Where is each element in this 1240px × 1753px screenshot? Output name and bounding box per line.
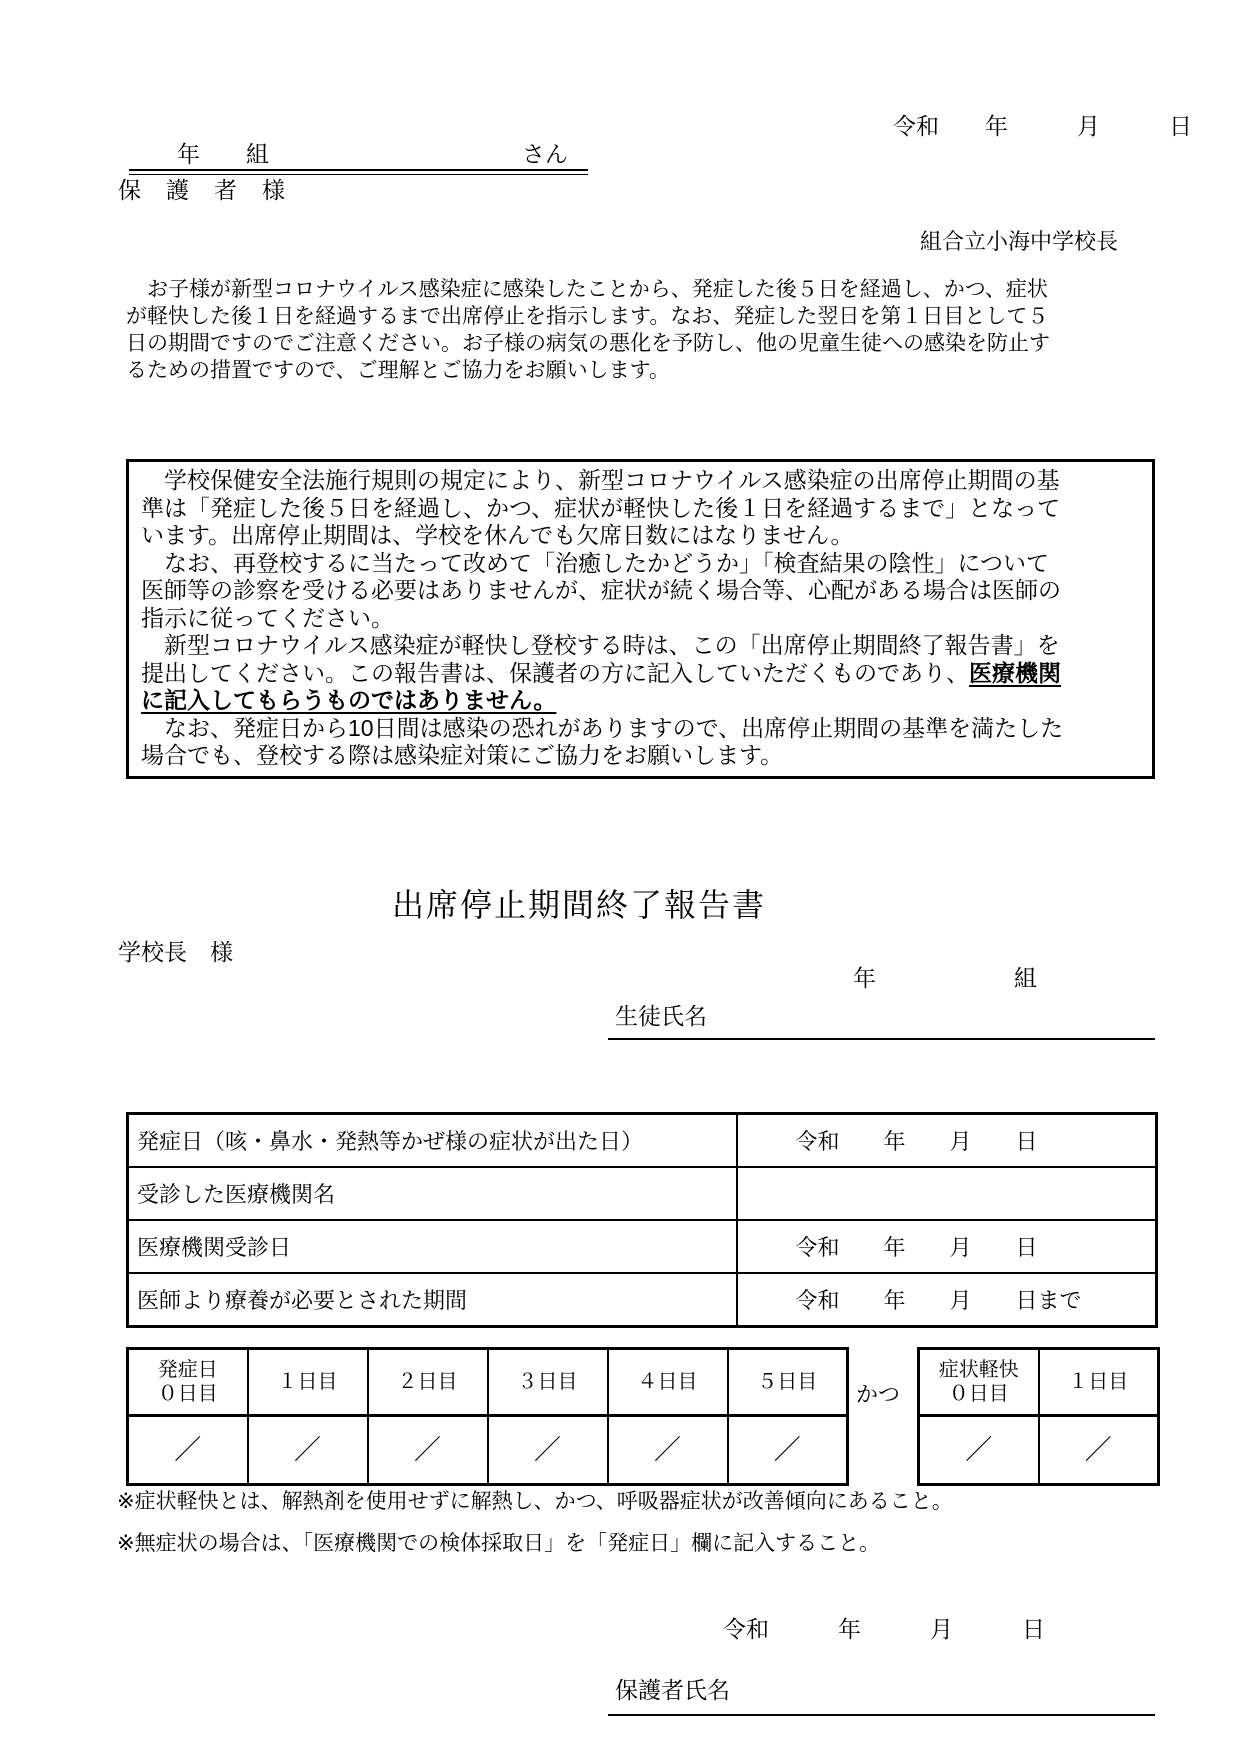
guardian-name-signature-line[interactable] — [608, 1714, 1155, 1716]
onset-day-table: 発症日 ０日目 １日目 ２日目 ３日目 ４日目 ５日目 ／ ／ ／ ／ ／ ／ — [126, 1347, 849, 1486]
rest-period-label: 医師より療養が必要とされた期間 — [128, 1273, 737, 1327]
symptom-relief-slash-0: ／ — [919, 1416, 1039, 1485]
student-name-line: 年 組 さん — [131, 140, 568, 168]
report-title: 出席停止期間終了報告書 — [392, 880, 766, 926]
onset-day-slash-1: ／ — [248, 1416, 368, 1485]
notice-paragraph-4: なお、発症日から10日間は感染の恐れがありますので、出席停止期間の基準を満たした… — [141, 715, 1142, 770]
footnote-asymptomatic: ※無症状の場合は、「医療機関での検体採取日」を「発症日」欄に記入すること。 — [117, 1530, 880, 1557]
onset-day-header-4: ４日目 — [608, 1349, 728, 1416]
student-name-fill-line[interactable] — [129, 169, 588, 171]
notice-paragraph-3: 新型コロナウイルス感染症が軽快し登校する時は、この「出席停止期間終了報告書」を … — [141, 632, 1142, 715]
symptom-relief-header-row: 症状軽快 ０日目 １日目 — [919, 1349, 1159, 1416]
student-name-signature-line[interactable] — [608, 1038, 1155, 1040]
footnote-symptom-relief: ※症状軽快とは、解熱剤を使用せずに解熱し、かつ、呼吸器症状が改善傾向にあること。 — [117, 1488, 953, 1515]
guardian-address-label: 保 護 者 様 — [118, 176, 286, 204]
onset-day-slash-row: ／ ／ ／ ／ ／ ／ — [128, 1416, 848, 1485]
symptom-relief-day-table: 症状軽快 ０日目 １日目 ／ ／ — [917, 1347, 1160, 1486]
onset-day-header-3: ３日目 — [488, 1349, 608, 1416]
table-row-consultation-date: 医療機関受診日 令和 年 月 日 — [128, 1220, 1157, 1273]
onset-day-slash-0: ／ — [128, 1416, 248, 1485]
intro-paragraph: お子様が新型コロナウイルス感染症に感染したことから、発症した後５日を経過し、かつ… — [126, 276, 1186, 384]
issue-date-line: 令和 年 月 日 — [893, 112, 1192, 140]
notice-box: 学校保健安全法施行規則の規定により、新型コロナウイルス感染症の出席停止期間の基 … — [126, 459, 1155, 779]
grade-class-line: 年 組 — [853, 964, 1037, 992]
notice-paragraph-2: なお、再登校するに当たって改めて「治癒したかどうか」「検査結果の陰性」について … — [141, 550, 1142, 633]
medical-institution-value[interactable] — [737, 1167, 1157, 1220]
onset-day-header-1: １日目 — [248, 1349, 368, 1416]
symptom-relief-header-0: 症状軽快 ０日目 — [919, 1349, 1039, 1416]
medical-institution-label: 受診した医療機関名 — [128, 1167, 737, 1220]
medical-info-table: 発症日（咳・鼻水・発熱等かぜ様の症状が出た日） 令和 年 月 日 受診した医療機… — [126, 1112, 1158, 1328]
onset-day-slash-2: ／ — [368, 1416, 488, 1485]
table-row-onset-date: 発症日（咳・鼻水・発熱等かぜ様の症状が出た日） 令和 年 月 日 — [128, 1114, 1157, 1168]
onset-day-slash-5: ／ — [728, 1416, 848, 1485]
onset-day-header-row: 発症日 ０日目 １日目 ２日目 ３日目 ４日目 ５日目 — [128, 1349, 848, 1416]
onset-date-label: 発症日（咳・鼻水・発熱等かぜ様の症状が出た日） — [128, 1114, 737, 1168]
symptom-relief-slash-1: ／ — [1039, 1416, 1159, 1485]
rest-period-value[interactable]: 令和 年 月 日まで — [737, 1273, 1157, 1327]
student-name-fill-line-2 — [129, 174, 588, 175]
principal-name: 組合立小海中学校長 — [920, 228, 1118, 255]
consultation-date-label: 医療機関受診日 — [128, 1220, 737, 1273]
onset-day-slash-4: ／ — [608, 1416, 728, 1485]
onset-day-header-2: ２日目 — [368, 1349, 488, 1416]
consultation-date-value[interactable]: 令和 年 月 日 — [737, 1220, 1157, 1273]
connector-katsu-label: かつ — [856, 1378, 900, 1409]
onset-day-header-5: ５日目 — [728, 1349, 848, 1416]
report-date-line: 令和 年 月 日 — [723, 1615, 1045, 1643]
table-row-rest-period: 医師より療養が必要とされた期間 令和 年 月 日まで — [128, 1273, 1157, 1327]
onset-day-slash-3: ／ — [488, 1416, 608, 1485]
notice-paragraph-1: 学校保健安全法施行規則の規定により、新型コロナウイルス感染症の出席停止期間の基 … — [141, 467, 1142, 550]
onset-day-header-0: 発症日 ０日目 — [128, 1349, 248, 1416]
symptom-relief-header-1: １日目 — [1039, 1349, 1159, 1416]
student-name-label: 生徒氏名 — [615, 1002, 707, 1030]
onset-date-value[interactable]: 令和 年 月 日 — [737, 1114, 1157, 1168]
addressee-label: 学校長 様 — [118, 938, 233, 966]
notice-paragraph-3-normal: 新型コロナウイルス感染症が軽快し登校する時は、この「出席停止期間終了報告書」を … — [141, 632, 1060, 686]
symptom-relief-slash-row: ／ ／ — [919, 1416, 1159, 1485]
table-row-medical-institution: 受診した医療機関名 — [128, 1167, 1157, 1220]
guardian-name-label: 保護者氏名 — [615, 1676, 730, 1704]
document-page: 令和 年 月 日 年 組 さん 保 護 者 様 組合立小海中学校長 お子様が新型… — [0, 0, 1240, 1753]
